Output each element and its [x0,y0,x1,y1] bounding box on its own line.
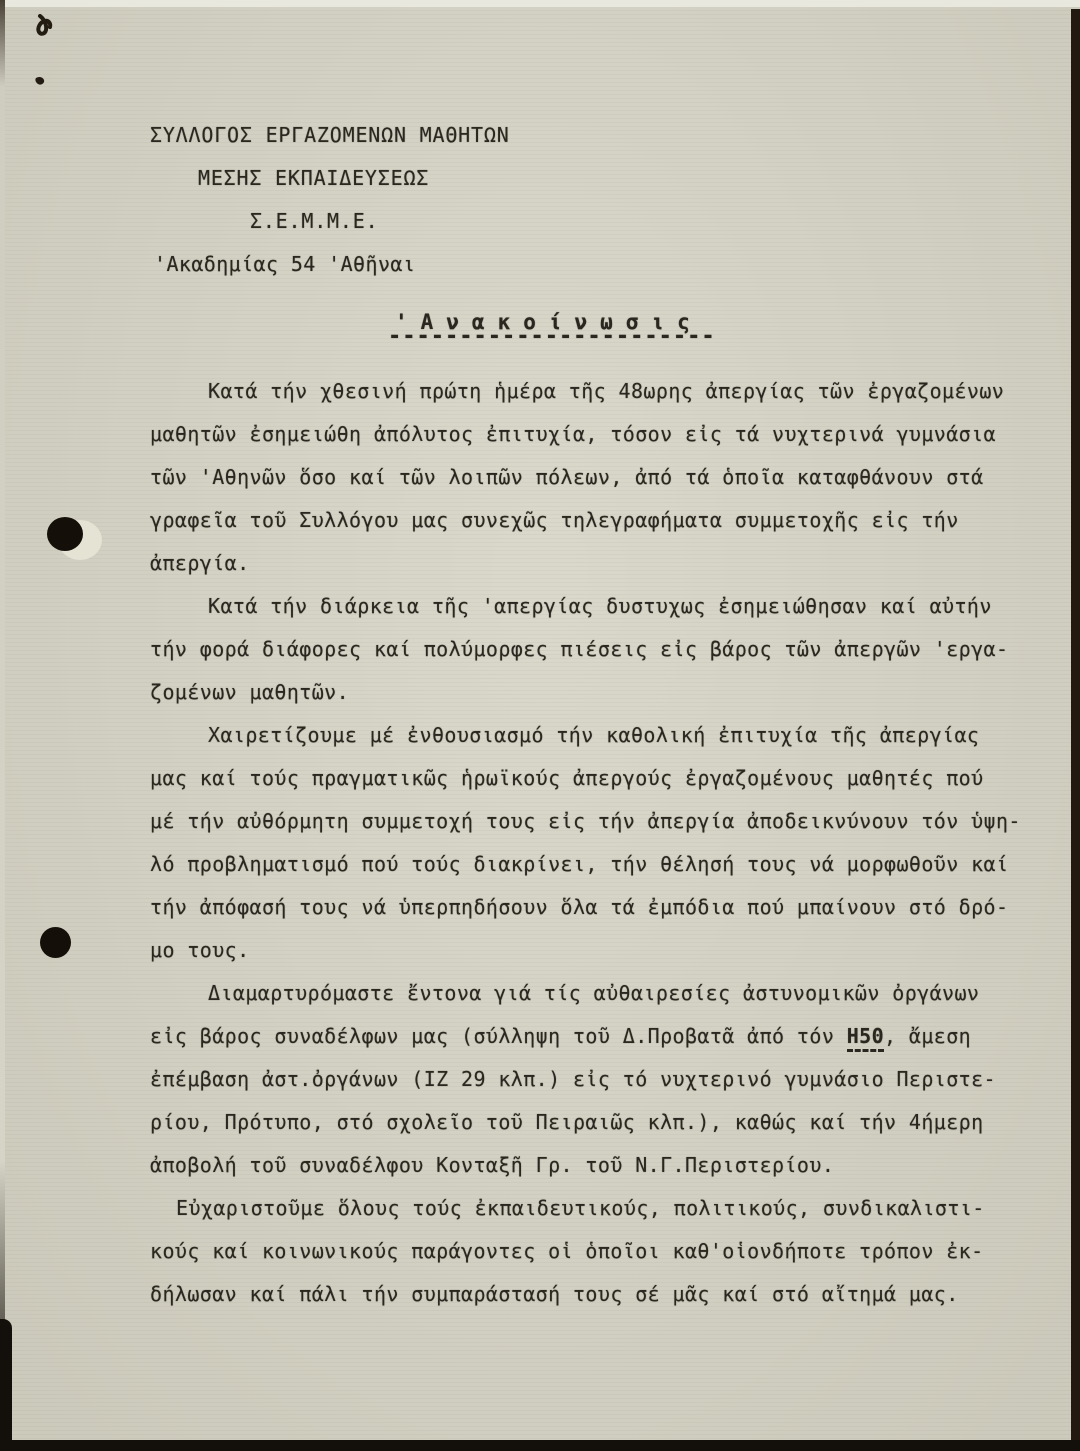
text-line: ἀπεργία. [150,542,1050,585]
letterhead: ΣΥΛΛΟΓΟΣ ΕΡΓΑΖΟΜΕΝΩΝ ΜΑΘΗΤΩΝ ΜΕΣΗΣ ΕΚΠΑΙ… [150,114,1050,286]
scan-corner-bottom-left [0,1319,12,1451]
text-segment: , ἄμεση [884,1024,971,1048]
text-line: Κατά τήν χθεσινή πρώτη ἡμέρα τῆς 48ωρης … [150,370,1050,413]
text-line: μέ τήν αὐθόρμητη συμμετοχή τους εἰς τήν … [150,800,1050,843]
text-line: ἀποβολή τοῦ συναδέλφου Κονταξῆ Γρ. τοῦ Ν… [150,1144,1050,1187]
text-line: τήν φορά διάφορες καί πολύμορφες πιέσεις… [150,628,1050,671]
text-line: λό προβληματισμό πού τούς διακρίνει, τήν… [150,843,1050,886]
text-line: ρίου, Πρότυπο, στό σχολεῖο τοῦ Πειραιῶς … [150,1101,1050,1144]
text-segment: εἰς βάρος συναδέλφων μας (σύλληψη τοῦ Δ.… [150,1024,847,1048]
text-line: Διαμαρτυρόμαστε ἔντονα γιά τίς αὐθαιρεσί… [150,972,1050,1015]
text-line: τήν ἀπόφασή τους νά ὑπερπηδήσουν ὅλα τά … [150,886,1050,929]
text-line: Κατά τήν διάρκεια τῆς 'απεργίας δυστυχως… [150,585,1050,628]
text-line: μαθητῶν ἐσημειώθη ἀπόλυτος ἐπιτυχία, τόσ… [150,413,1050,456]
paragraph-3: Χαιρετίζουμε μέ ἐνθουσιασμό τήν καθολική… [150,714,1050,972]
paragraph-4: Διαμαρτυρόμαστε ἔντονα γιά τίς αὐθαιρεσί… [150,972,1050,1187]
text-line: δήλωσαν καί πάλι τήν συμπαράστασή τους σ… [150,1273,1050,1316]
document-content: ΣΥΛΛΟΓΟΣ ΕΡΓΑΖΟΜΕΝΩΝ ΜΑΘΗΤΩΝ ΜΕΣΗΣ ΕΚΠΑΙ… [0,0,1080,1316]
org-address: 'Ακαδημίας 54 'Αθῆναι [154,243,1050,286]
text-line: εἰς βάρος συναδέλφων μας (σύλληψη τοῦ Δ.… [150,1015,1050,1058]
title-underline: ----------------------- [388,326,1050,348]
text-line: Εὐχαριστοῦμε ὅλους τούς ἐκπαιδευτικούς, … [150,1187,1050,1230]
text-line: μο τους. [150,929,1050,972]
org-name-line1: ΣΥΛΛΟΓΟΣ ΕΡΓΑΖΟΜΕΝΩΝ ΜΑΘΗΤΩΝ [150,114,1050,157]
scanned-document-page: ΣΥΛΛΟΓΟΣ ΕΡΓΑΖΟΜΕΝΩΝ ΜΑΘΗΤΩΝ ΜΕΣΗΣ ΕΚΠΑΙ… [0,0,1080,1451]
text-line: γραφεῖα τοῦ Συλλόγου μας συνεχῶς τηλεγρα… [150,499,1050,542]
paragraph-1: Κατά τήν χθεσινή πρώτη ἡμέρα τῆς 48ωρης … [150,370,1050,585]
text-line: ζομένων μαθητῶν. [150,671,1050,714]
paragraph-2: Κατά τήν διάρκεια τῆς 'απεργίας δυστυχως… [150,585,1050,714]
text-line: κούς καί κοινωνικούς παράγοντες οἱ ὁποῖο… [150,1230,1050,1273]
paragraph-5: Εὐχαριστοῦμε ὅλους τούς ἐκπαιδευτικούς, … [150,1187,1050,1316]
text-line: μας καί τούς πραγματικῶς ἡρωϊκούς ἀπεργο… [150,757,1050,800]
text-line: ἐπέμβαση ἀστ.ὀργάνων (ΙΖ 29 κλπ.) εἰς τό… [150,1058,1050,1101]
text-line: τῶν 'Αθηνῶν ὅσο καί τῶν λοιπῶν πόλεων, ἀ… [150,456,1050,499]
scan-edge-bottom [0,1440,1080,1451]
org-acronym: Σ.Ε.Μ.Μ.Ε. [250,200,1050,243]
document-body: Κατά τήν χθεσινή πρώτη ἡμέρα τῆς 48ωρης … [150,370,1050,1316]
h50-reference: Η50 [847,1024,884,1052]
org-name-line2: ΜΕΣΗΣ ΕΚΠΑΙΔΕΥΣΕΩΣ [198,157,1050,200]
text-line: Χαιρετίζουμε μέ ἐνθουσιασμό τήν καθολική… [150,714,1050,757]
